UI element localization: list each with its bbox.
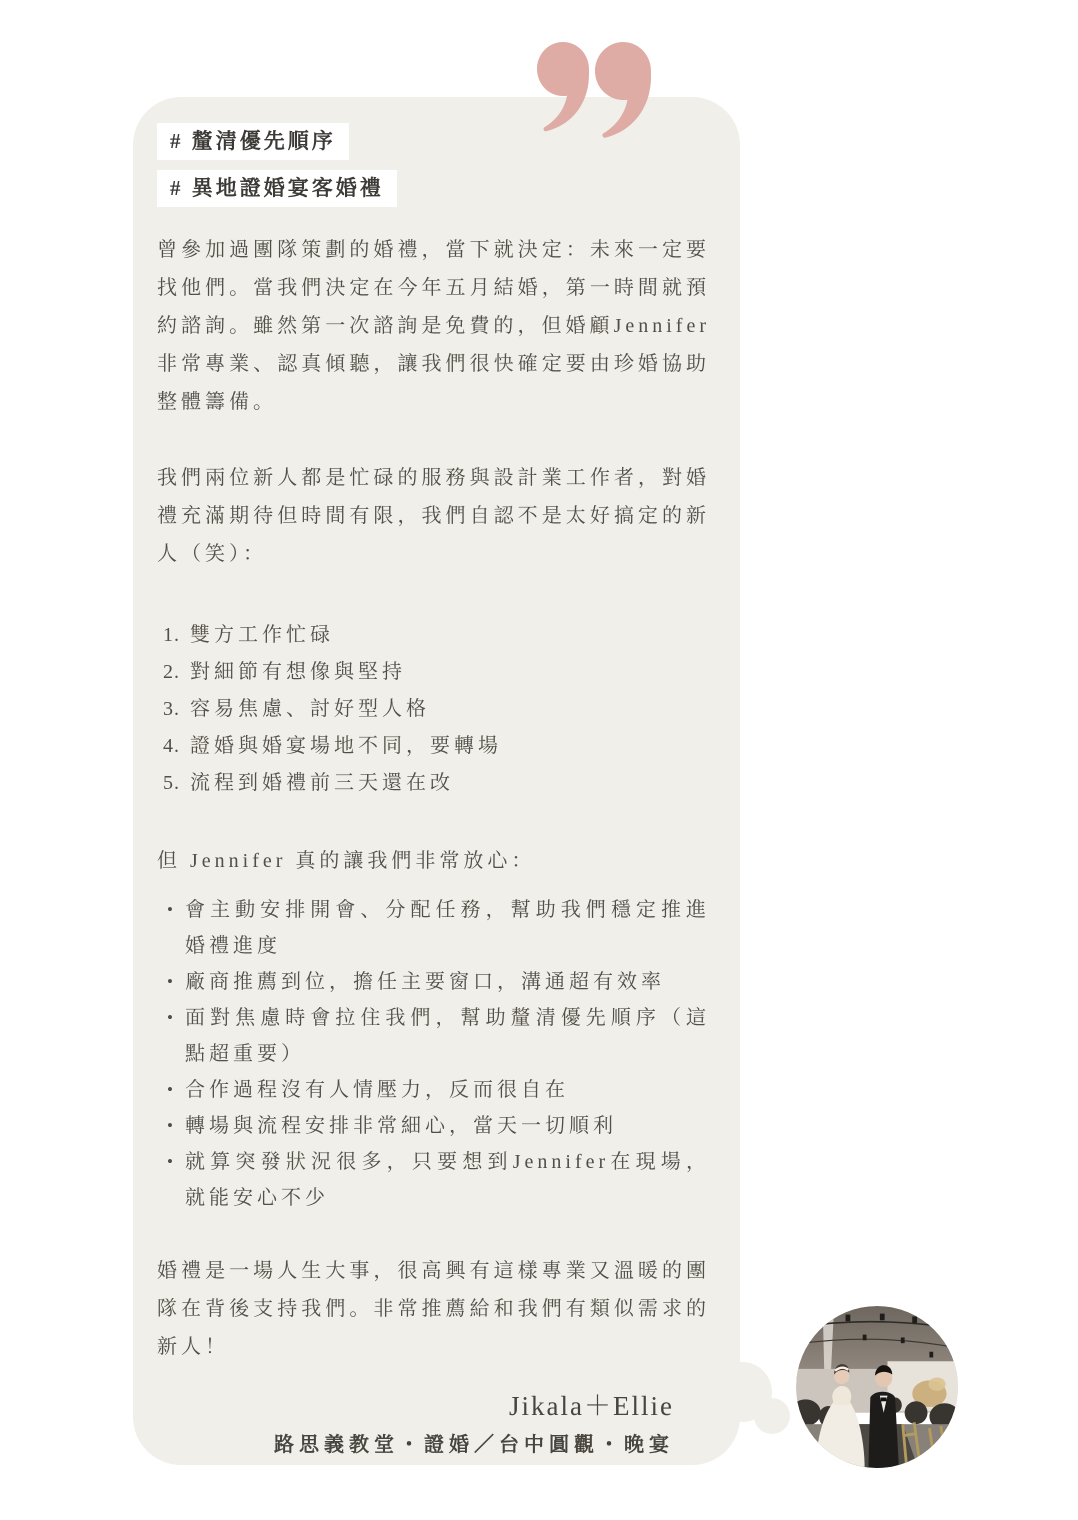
- list-item-number: 4.: [163, 735, 180, 757]
- list-item-text: 流程到婚禮前三天還在改: [190, 772, 454, 794]
- highlights-intro: 但 Jennifer 真的讓我們非常放心：: [157, 842, 710, 880]
- venue-line: 路思義教堂・證婚／台中圓觀・晚宴: [157, 1429, 674, 1461]
- highlight-item: 轉場與流程安排非常細心，當天一切順利: [185, 1108, 710, 1144]
- hashtag-chip-two-venue-wedding: # 異地證婚宴客婚禮: [157, 170, 397, 207]
- highlight-item: 合作過程沒有人情壓力，反而很自在: [185, 1072, 710, 1108]
- testimonial-card: # 釐清優先順序 # 異地證婚宴客婚禮 曾參加過團隊策劃的婚禮，當下就決定：未來…: [133, 97, 740, 1465]
- list-item-number: 3.: [163, 698, 180, 720]
- list-item-number: 5.: [163, 772, 180, 794]
- highlight-item: 會主動安排開會、分配任務，幫助我們穩定推進婚禮進度: [185, 892, 710, 964]
- list-item: 3.容易焦慮、討好型人格: [163, 691, 710, 728]
- list-item: 4.證婚與婚宴場地不同，要轉場: [163, 728, 710, 765]
- list-item-number: 1.: [163, 624, 180, 646]
- closing-paragraph: 婚禮是一場人生大事，很高興有這樣專業又溫暖的團隊在背後支持我們。非常推薦給和我們…: [157, 1252, 710, 1366]
- closing-quote-icon: [537, 42, 655, 147]
- bubble-tail-small: [754, 1398, 790, 1434]
- highlight-item: 面對焦慮時會拉住我們，幫助釐清優先順序（這點超重要）: [185, 1000, 710, 1072]
- challenges-list: 1.雙方工作忙碌 2.對細節有想像與堅持 3.容易焦慮、討好型人格 4.證婚與婚…: [157, 617, 710, 802]
- signature-block: Jikala＋Ellie 路思義教堂・證婚／台中圓觀・晚宴: [157, 1388, 674, 1461]
- list-item: 5.流程到婚禮前三天還在改: [163, 765, 710, 802]
- paragraph-couple-intro: 我們兩位新人都是忙碌的服務與設計業工作者，對婚禮充滿期待但時間有限，我們自認不是…: [157, 459, 710, 573]
- highlight-item: 就算突發狀況很多，只要想到Jennifer在現場，就能安心不少: [185, 1144, 710, 1216]
- list-item-text: 對細節有想像與堅持: [190, 661, 406, 683]
- hashtag-chip-priorities: # 釐清優先順序: [157, 123, 349, 160]
- couple-names: Jikala＋Ellie: [157, 1388, 674, 1424]
- list-item-number: 2.: [163, 661, 180, 683]
- highlight-item: 廠商推薦到位，擔任主要窗口，溝通超有效率: [185, 964, 710, 1000]
- paragraph-booking-story: 曾參加過團隊策劃的婚禮，當下就決定：未來一定要找他們。當我們決定在今年五月結婚，…: [157, 231, 710, 421]
- list-item-text: 證婚與婚宴場地不同，要轉場: [190, 735, 502, 757]
- couple-photo: [796, 1306, 958, 1468]
- list-item-text: 雙方工作忙碌: [190, 624, 334, 646]
- list-item-text: 容易焦慮、討好型人格: [190, 698, 430, 720]
- list-item: 2.對細節有想像與堅持: [163, 654, 710, 691]
- highlights-list: 會主動安排開會、分配任務，幫助我們穩定推進婚禮進度 廠商推薦到位，擔任主要窗口，…: [157, 892, 710, 1216]
- list-item: 1.雙方工作忙碌: [163, 617, 710, 654]
